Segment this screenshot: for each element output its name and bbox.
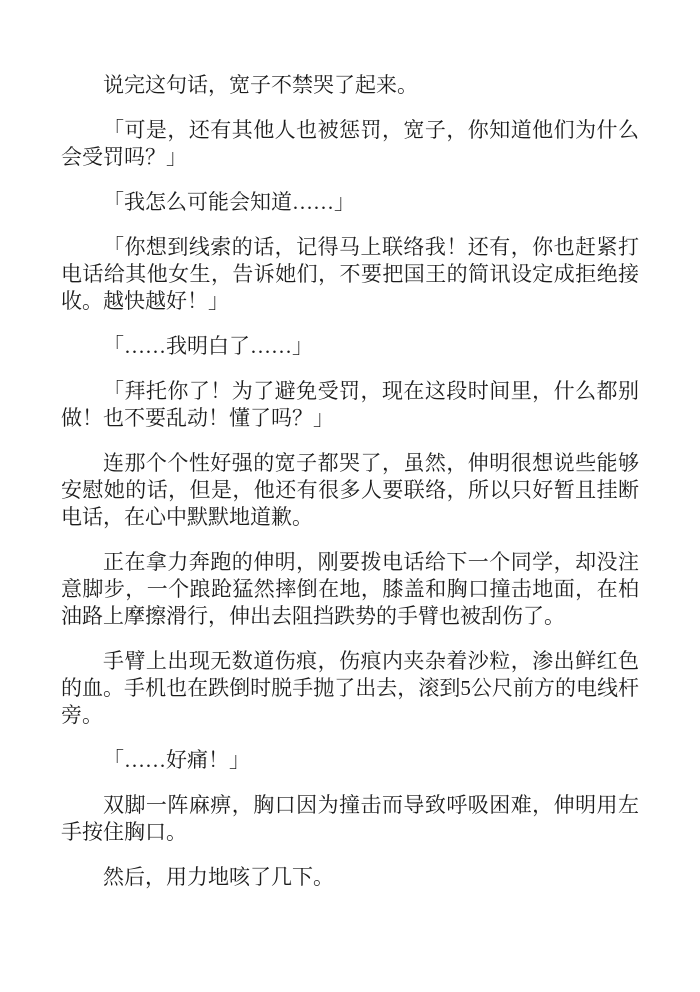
paragraph: 正在拿力奔跑的伸明，刚要拨电话给下一个同学，却没注意脚步，一个踉跄猛然摔倒在地，… bbox=[61, 549, 639, 630]
paragraph: 双脚一阵麻痹，胸口因为撞击而导致呼吸困难，伸明用左手按住胸口。 bbox=[61, 792, 639, 846]
paragraph: 「可是，还有其他人也被惩罚，宽子，你知道他们为什么会受罚吗？」 bbox=[61, 117, 639, 171]
paragraph: 手臂上出现无数道伤痕，伤痕内夹杂着沙粒，渗出鲜红色的血。手机也在跌倒时脱手抛了出… bbox=[61, 648, 639, 729]
paragraph: 「……好痛！」 bbox=[61, 747, 639, 774]
paragraph: 「拜托你了！为了避免受罚，现在这段时间里，什么都别做！也不要乱动！懂了吗？」 bbox=[61, 378, 639, 432]
document-page: 说完这句话，宽子不禁哭了起来。 「可是，还有其他人也被惩罚，宽子，你知道他们为什… bbox=[0, 0, 700, 992]
text-block: 说完这句话，宽子不禁哭了起来。 「可是，还有其他人也被惩罚，宽子，你知道他们为什… bbox=[0, 0, 700, 891]
paragraph: 连那个个性好强的宽子都哭了，虽然，伸明很想说些能够安慰她的话，但是，他还有很多人… bbox=[61, 450, 639, 531]
paragraph: 「……我明白了……」 bbox=[61, 333, 639, 360]
paragraph: 「我怎么可能会知道……」 bbox=[61, 189, 639, 216]
paragraph: 说完这句话，宽子不禁哭了起来。 bbox=[61, 72, 639, 99]
paragraph: 「你想到线索的话，记得马上联络我！还有，你也赶紧打电话给其他女生，告诉她们，不要… bbox=[61, 234, 639, 315]
paragraph: 然后，用力地咳了几下。 bbox=[61, 864, 639, 891]
